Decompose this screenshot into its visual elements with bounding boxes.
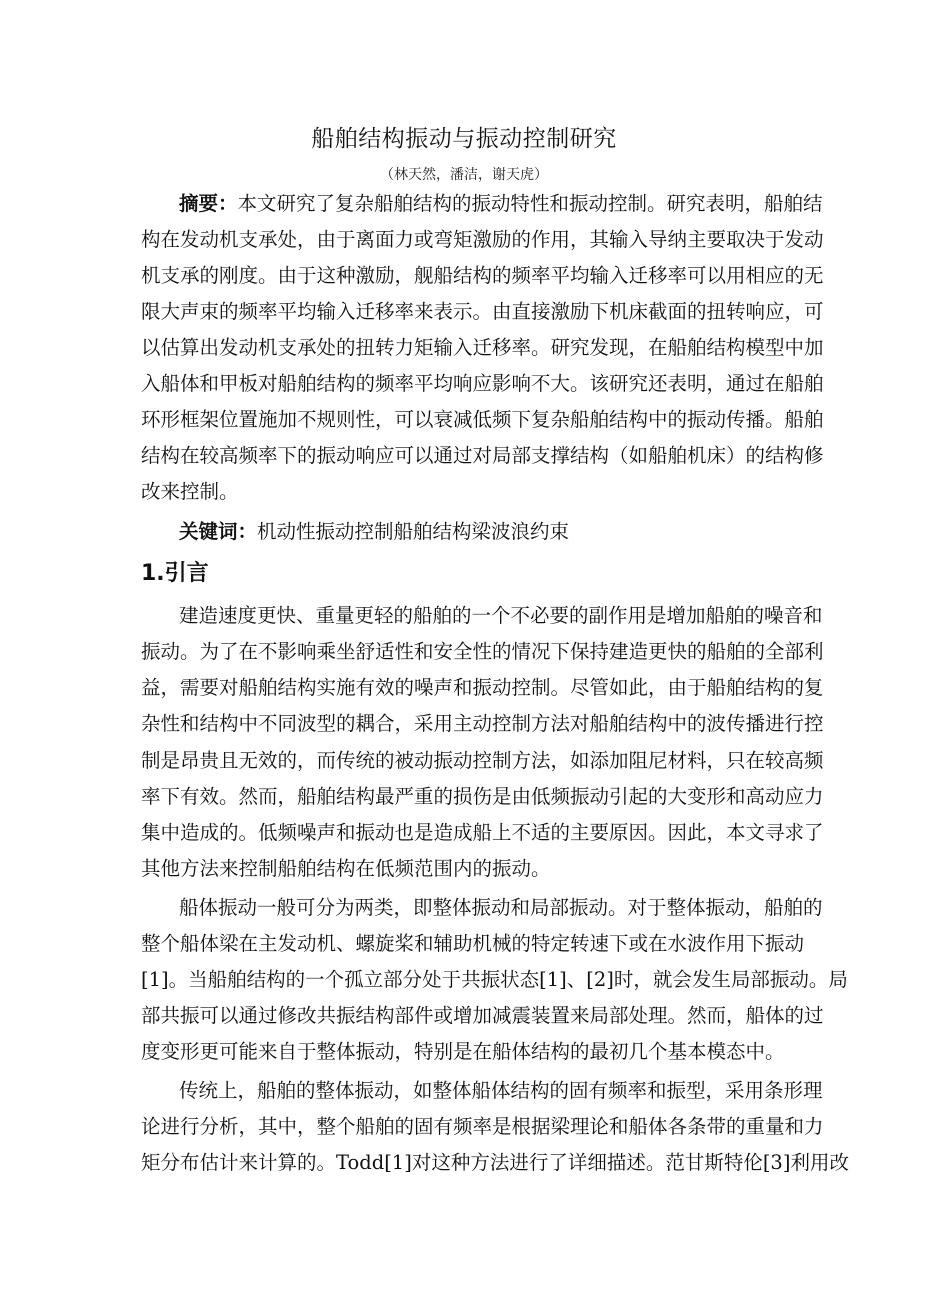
paragraph-2-line-1: 船体振动一般可分为两类，即整体振动和局部振动。对于整体振动，船舶的 (141, 890, 787, 926)
paragraph-1-line-3: 益，需要对船舶结构实施有效的噪声和振动控制。尽管如此，由于船舶结构的复 (141, 670, 787, 706)
abstract-line-5: 以估算出发动机支承处的扭转力矩输入迁移率。研究发现，在船舶结构模型中加 (141, 330, 787, 366)
abstract-line-2: 构在发动机支承处，由于离面力或弯矩激励的作用，其输入导纳主要取决于发动 (141, 222, 787, 258)
abstract-line-8: 结构在较高频率下的振动响应可以通过对局部支撑结构（如船舶机床）的结构修 (141, 438, 787, 474)
paragraph-1-line-8: 其他方法来控制船舶结构在低频范围内的振动。 (141, 851, 787, 887)
paragraph-2-line-5: 度变形更可能来自于整体振动，特别是在船体结构的最初几个基本模态中。 (141, 1034, 787, 1070)
paragraph-2-line-3: [1]。当船舶结构的一个孤立部分处于共振状态[1]、[2]时，就会发生局部振动。… (141, 962, 787, 998)
keywords-label: 关键词： (179, 520, 257, 543)
paragraph-1-line-6: 率下有效。然而，船舶结构最严重的损伤是由低频振动引起的大变形和高动应力 (141, 779, 787, 815)
abstract-line-7: 环形框架位置施加不规则性，可以衰减低频下复杂船舶结构中的振动传播。船舶 (141, 402, 787, 438)
paragraph-3-line-3: 矩分布估计来计算的。Todd[1]对这种方法进行了详细描述。范甘斯特伦[3]利用… (141, 1145, 787, 1181)
keywords-text: 机动性振动控制船舶结构梁波浪约束 (257, 520, 569, 543)
keywords-line: 关键词：机动性振动控制船舶结构梁波浪约束 (141, 514, 787, 550)
paragraph-1-line-1: 建造速度更快、重量更轻的船舶的一个不必要的副作用是增加船舶的噪音和 (141, 598, 787, 634)
abstract-line-3: 机支承的刚度。由于这种激励，舰船结构的频率平均输入迁移率可以用相应的无 (141, 258, 787, 294)
paragraph-1-line-5: 制是昂贵且无效的，而传统的被动振动控制方法，如添加阻尼材料，只在较高频 (141, 743, 787, 779)
abstract-text: 本文研究了复杂船舶结构的振动特性和振动控制。研究表明，船舶结 (238, 192, 823, 215)
paragraph-1-line-7: 集中造成的。低频噪声和振动也是造成船上不适的主要原因。因此，本文寻求了 (141, 815, 787, 851)
paragraph-2-line-2: 整个船体梁在主发动机、螺旋桨和辅助机械的特定转速下或在水波作用下振动 (141, 926, 787, 962)
abstract-line-6: 入船体和甲板对船舶结构的频率平均响应影响不大。该研究还表明，通过在船舶 (141, 366, 787, 402)
paragraph-3-line-1: 传统上，船舶的整体振动，如整体船体结构的固有频率和振型，采用条形理 (141, 1073, 787, 1109)
paragraph-1-line-2: 振动。为了在不影响乘坐舒适性和安全性的情况下保持建造更快的船舶的全部利 (141, 634, 787, 670)
paper-authors: （林天然，潘洁，谢天虎） (141, 164, 787, 184)
paragraph-1-line-4: 杂性和结构中不同波型的耦合，采用主动控制方法对船舶结构中的波传播进行控 (141, 706, 787, 742)
abstract-line-4: 限大声束的频率平均输入迁移率来表示。由直接激励下机床截面的扭转响应，可 (141, 294, 787, 330)
section-heading-introduction: 1.引言 (141, 558, 209, 590)
abstract-line-9: 改来控制。 (141, 474, 787, 510)
paper-title: 船舶结构振动与振动控制研究 (141, 120, 787, 153)
abstract-line-1: 摘要：本文研究了复杂船舶结构的振动特性和振动控制。研究表明，船舶结 (141, 186, 787, 222)
paragraph-3-line-2: 论进行分析，其中，整个船舶的固有频率是根据梁理论和船体各条带的重量和力 (141, 1109, 787, 1145)
abstract-label: 摘要： (179, 192, 238, 215)
paragraph-2-line-4: 部共振可以通过修改共振结构部件或增加减震装置来局部处理。然而，船体的过 (141, 998, 787, 1034)
